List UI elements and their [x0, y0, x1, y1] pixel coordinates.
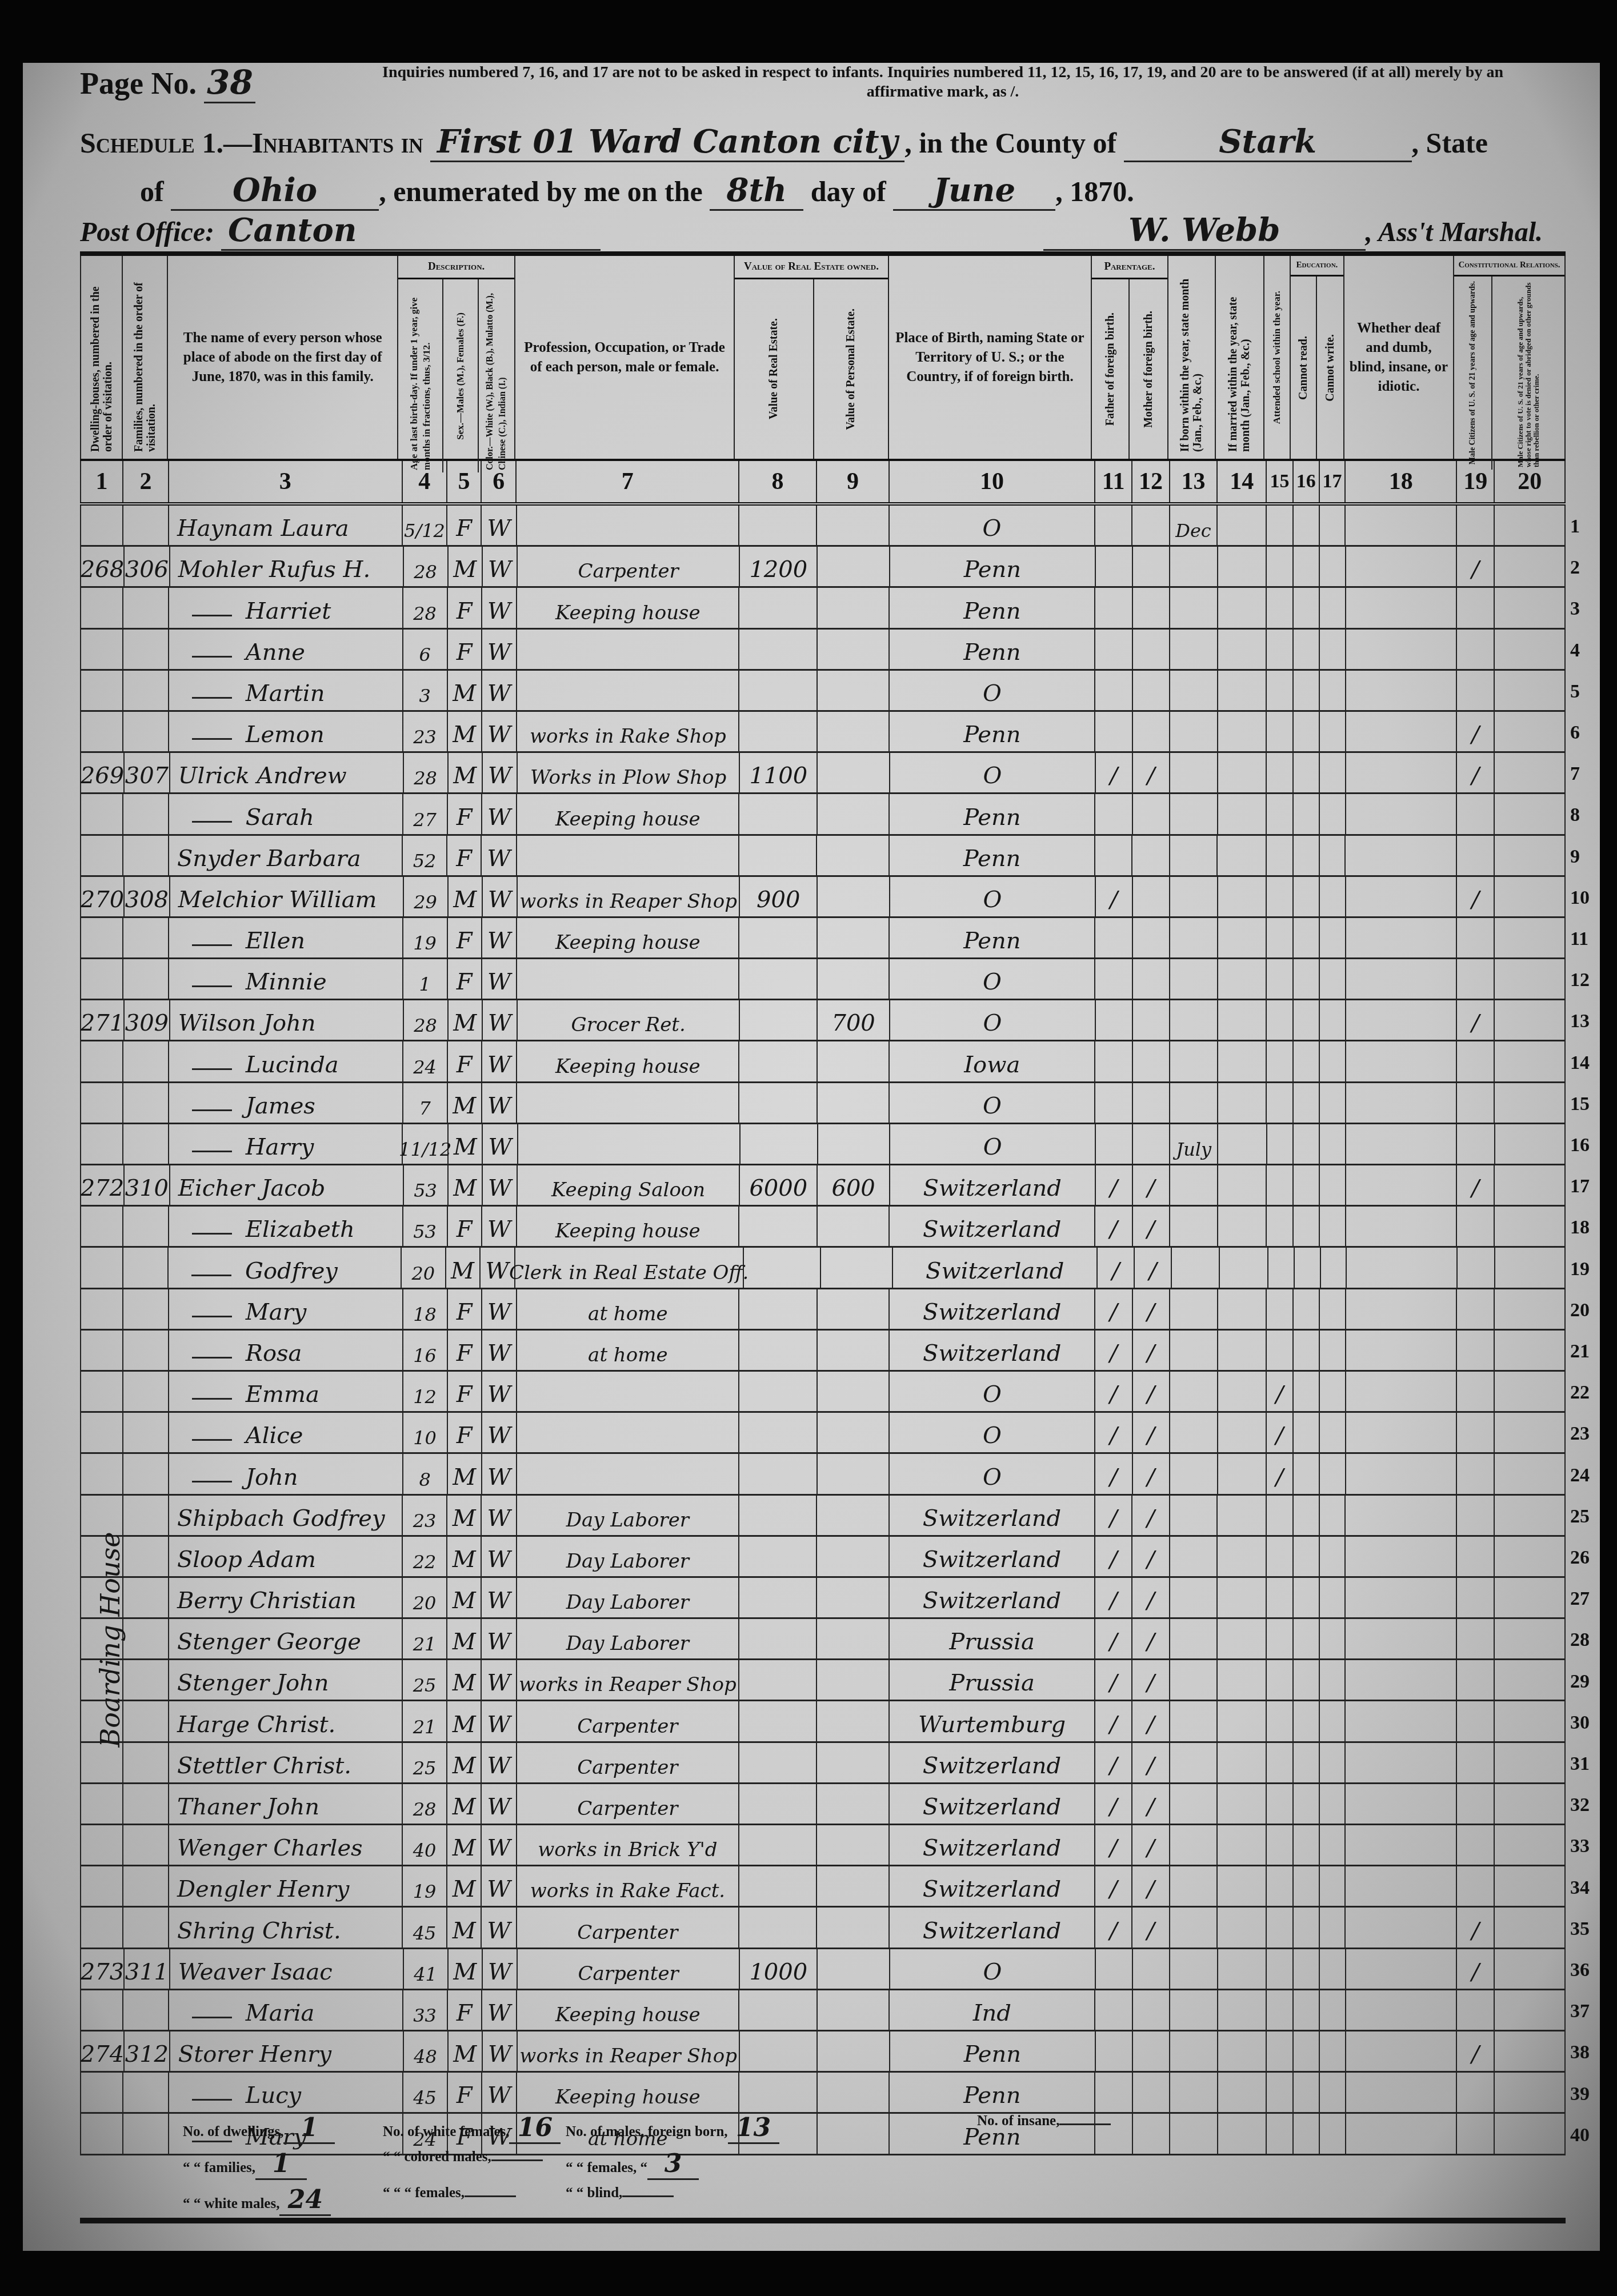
sex: M — [448, 712, 482, 751]
birthplace: Penn — [890, 2031, 1096, 2071]
sex-text: M — [453, 1464, 476, 1490]
vote-denied-mark — [1495, 959, 1566, 999]
person-name-text: Melchior William — [178, 887, 377, 913]
male-citizen-mark — [1457, 1041, 1495, 1081]
day-field: 8th — [710, 171, 803, 211]
birthplace-text: O — [983, 1423, 1002, 1449]
person-name-text: Wilson John — [178, 1010, 316, 1036]
family-number-text: 309 — [125, 1010, 169, 1036]
occupation: works in Reaper Shop — [517, 1660, 739, 1700]
mother-foreign-mark: / — [1132, 1866, 1170, 1906]
age-text: 53 — [414, 1180, 437, 1201]
birthplace-text: Switzerland — [923, 1753, 1061, 1779]
birthplace-text: O — [983, 1464, 1002, 1490]
age: 28 — [404, 1000, 449, 1040]
col-header-male-citizens: Male Citizens of U. S. of 21 years of ag… — [1454, 277, 1492, 470]
disability — [1346, 1660, 1457, 1700]
disability — [1346, 1289, 1458, 1329]
born-month — [1170, 1537, 1218, 1576]
male-citizen-mark — [1457, 1289, 1495, 1329]
color: W — [482, 1825, 517, 1865]
school-mark — [1267, 1578, 1294, 1617]
page-number-label: Page No. — [80, 66, 197, 101]
colored-males-value — [491, 2159, 543, 2161]
mother-foreign-mark: / — [1132, 1825, 1170, 1865]
school-mark — [1267, 1784, 1294, 1824]
real-estate-value — [739, 1619, 817, 1658]
line-number: 1 — [1570, 516, 1604, 538]
occupation: Day Laborer — [517, 1537, 739, 1576]
married-month — [1218, 1784, 1267, 1824]
sex-text: M — [453, 1794, 476, 1820]
married-month — [1218, 1413, 1267, 1452]
sex: F — [447, 506, 482, 545]
father-foreign-mark-text: / — [1110, 1712, 1117, 1738]
birthplace: Penn — [890, 712, 1095, 751]
color-text: W — [487, 1876, 510, 1902]
family-number-text: 306 — [125, 556, 169, 583]
personal-estate-value — [818, 1289, 890, 1329]
line-number: 30 — [1570, 1712, 1604, 1734]
disability — [1346, 1701, 1457, 1741]
cannot-write-mark — [1320, 630, 1346, 669]
birthplace-text: Penn — [964, 556, 1021, 583]
married-month — [1218, 1660, 1267, 1700]
col-group-parentage: Parentage. Father of foreign birth. Moth… — [1092, 256, 1168, 459]
sex: M — [449, 1124, 483, 1164]
born-month — [1170, 630, 1218, 669]
col-num: 7 — [517, 461, 739, 502]
dwelling-number: 271 — [80, 1000, 125, 1040]
birthplace-text: O — [983, 969, 1002, 995]
sex: F — [448, 630, 482, 669]
disability — [1346, 1331, 1458, 1370]
born-month — [1170, 1619, 1218, 1658]
person-name-text: Harriet — [246, 598, 331, 624]
sex: M — [449, 1165, 483, 1205]
col-num: 3 — [169, 461, 403, 502]
sex: M — [447, 1784, 482, 1824]
mother-foreign-mark — [1133, 1041, 1170, 1081]
vote-denied-mark — [1495, 1743, 1566, 1782]
sex-text: M — [453, 1670, 476, 1696]
married-month — [1218, 1537, 1267, 1576]
age: 11/12 — [403, 1124, 449, 1164]
foreign-males-value: 13 — [728, 2113, 779, 2144]
occupation: Carpenter — [517, 1743, 739, 1782]
dwelling-number — [80, 1331, 123, 1370]
married-month — [1218, 1124, 1267, 1164]
line-number: 8 — [1570, 804, 1604, 826]
father-foreign-mark — [1095, 671, 1132, 710]
cannot-read-mark — [1294, 1041, 1320, 1081]
mother-foreign-mark-text: / — [1147, 1794, 1154, 1820]
age-text: 7 — [419, 1097, 430, 1119]
line-number: 39 — [1570, 2083, 1604, 2105]
table-row: Dengler Henry19MWworks in Rake Fact.Swit… — [80, 1866, 1566, 1908]
father-foreign-mark — [1096, 2031, 1133, 2071]
age-text: 28 — [414, 1015, 437, 1036]
description-group-title: Description. — [398, 256, 514, 279]
personal-estate-value — [818, 1413, 890, 1452]
birthplace: Switzerland — [890, 1743, 1095, 1782]
color-text: W — [487, 1835, 510, 1861]
male-citizen-mark — [1457, 1454, 1495, 1493]
age-text: 52 — [413, 850, 437, 872]
real-estate-value — [739, 1372, 817, 1411]
born-month — [1170, 1701, 1218, 1741]
family-number — [123, 836, 169, 875]
sex: F — [448, 1990, 482, 2030]
blind-value — [622, 2195, 674, 2197]
father-foreign-mark — [1096, 547, 1133, 586]
line-number: 5 — [1570, 681, 1604, 703]
color-text: W — [487, 1753, 510, 1779]
birthplace: O — [890, 959, 1095, 999]
father-foreign-mark — [1095, 1041, 1132, 1081]
mother-foreign-mark-text: / — [1147, 1753, 1154, 1779]
male-citizen-mark: / — [1457, 712, 1495, 751]
color-text: W — [487, 1299, 511, 1325]
family-number — [123, 1372, 169, 1411]
sex-text: M — [453, 680, 476, 707]
age: 21 — [403, 1619, 447, 1658]
mother-foreign-mark — [1133, 1124, 1170, 1164]
person-name-text: Sarah — [246, 804, 314, 831]
dwellings-value: 1 — [283, 2113, 335, 2144]
school-mark — [1267, 1041, 1294, 1081]
color: W — [482, 1619, 517, 1658]
sex: F — [448, 1372, 482, 1411]
line-number: 23 — [1570, 1423, 1604, 1445]
personal-estate-value: 700 — [818, 1000, 890, 1040]
person-name-text: Sloop Adam — [177, 1546, 316, 1573]
school-mark — [1267, 753, 1294, 792]
month-field: June — [893, 171, 1055, 211]
color-text: W — [487, 722, 511, 748]
family-number-text: 310 — [125, 1175, 169, 1201]
person-name-text: Lucinda — [246, 1052, 339, 1078]
line-number: 28 — [1570, 1629, 1604, 1651]
occupation-text: at home — [588, 1344, 667, 1367]
sex: M — [447, 1619, 482, 1658]
father-foreign-mark — [1095, 1990, 1132, 2030]
color-text: W — [487, 846, 510, 872]
male-citizen-mark — [1457, 1660, 1495, 1700]
married-month — [1218, 630, 1267, 669]
male-citizen-mark: / — [1457, 753, 1495, 792]
col-header-name: The name of every person whose place of … — [168, 256, 398, 459]
occupation: Keeping house — [517, 588, 739, 627]
margin-note: Boarding House — [85, 1462, 136, 1817]
boarding-house-note: Boarding House — [95, 1532, 126, 1747]
ditto-dash — [192, 1151, 232, 1152]
school-mark — [1267, 1537, 1294, 1576]
married-month — [1218, 1496, 1267, 1535]
father-foreign-mark-text: / — [1110, 1918, 1117, 1944]
ditto-dash — [192, 1316, 232, 1317]
disability — [1346, 1619, 1457, 1658]
disability — [1346, 1496, 1457, 1535]
occupation: Grocer Ret. — [518, 1000, 740, 1040]
real-estate-value: 900 — [740, 877, 818, 916]
color: W — [482, 630, 517, 669]
vote-denied-mark — [1495, 836, 1566, 875]
occupation: works in Rake Shop — [517, 712, 739, 751]
male-citizen-mark-text: / — [1472, 2041, 1479, 2067]
father-foreign-mark-text: / — [1110, 1505, 1117, 1532]
disability — [1346, 1413, 1458, 1452]
post-office-field: Canton — [221, 211, 601, 251]
mother-foreign-mark-text: / — [1147, 1588, 1154, 1614]
color-text: W — [487, 1670, 510, 1696]
married-month — [1218, 712, 1267, 751]
sex-text: M — [453, 1753, 476, 1779]
birthplace: O — [890, 1083, 1095, 1123]
color-text: W — [487, 639, 511, 666]
person-name: Lemon — [169, 712, 403, 751]
vote-denied-mark — [1495, 1083, 1566, 1123]
father-foreign-mark: / — [1095, 1701, 1132, 1741]
schedule-line: Schedule 1.—Inhabitants in First 01 Ward… — [80, 123, 1488, 162]
table-row: 269307Ulrick Andrew28MWWorks in Plow Sho… — [80, 753, 1566, 794]
married-month — [1218, 1908, 1267, 1947]
birthplace-text: O — [983, 887, 1002, 913]
line-number: 16 — [1570, 1135, 1604, 1156]
real-estate-value — [739, 1537, 817, 1576]
mother-foreign-mark — [1133, 2031, 1170, 2071]
ditto-dash — [192, 1109, 232, 1111]
born-month — [1170, 753, 1218, 792]
person-name-text: Stenger John — [177, 1670, 329, 1696]
father-foreign-mark-text: / — [1110, 1794, 1117, 1820]
person-name-text: Anne — [246, 639, 305, 666]
birthplace: O — [890, 1413, 1095, 1452]
sex: F — [448, 1207, 482, 1246]
cannot-read-mark — [1294, 1083, 1320, 1123]
male-citizen-mark — [1458, 1248, 1495, 1287]
person-name: Mary — [169, 1289, 403, 1329]
age-text: 53 — [413, 1221, 437, 1243]
person-name: Stettler Christ. — [169, 1743, 403, 1782]
col-header-birthplace: Place of Birth, naming State or Territor… — [889, 256, 1092, 459]
age-text: 12 — [413, 1386, 437, 1408]
dwelling-number — [80, 1372, 123, 1411]
disability — [1346, 1908, 1457, 1947]
male-citizen-mark-text: / — [1472, 1918, 1479, 1944]
father-foreign-mark — [1095, 794, 1132, 834]
personal-estate-value — [818, 547, 890, 586]
married-month — [1218, 1990, 1267, 2030]
occupation: Keeping house — [517, 1207, 739, 1246]
person-name: Thaner John — [169, 1784, 403, 1824]
birthplace: Penn — [890, 588, 1095, 627]
father-foreign-mark — [1095, 712, 1132, 751]
sex-text: F — [457, 2082, 473, 2109]
dwellings-label: No. of dwellings, — [183, 2124, 283, 2139]
real-estate-value — [739, 1660, 817, 1700]
family-number — [123, 918, 169, 957]
born-month — [1170, 1083, 1218, 1123]
birthplace: O — [890, 671, 1095, 710]
married-month — [1218, 918, 1267, 957]
born-month — [1170, 1289, 1218, 1329]
disability — [1346, 1207, 1458, 1246]
col-group-value: Value of Real Estate owned. Value of Rea… — [735, 256, 889, 459]
cannot-read-mark — [1294, 1289, 1320, 1329]
ditto-dash — [191, 1275, 231, 1276]
personal-estate-value — [817, 1537, 890, 1576]
color-text: W — [488, 887, 511, 913]
real-estate-value — [739, 1207, 817, 1246]
family-number — [123, 1825, 169, 1865]
col-header-school: Attended school within the year. — [1264, 256, 1291, 459]
male-citizen-mark — [1457, 1496, 1495, 1535]
school-mark-text: / — [1276, 1464, 1283, 1490]
county-label: , in the County of — [904, 127, 1116, 159]
disability — [1347, 1248, 1458, 1287]
mother-foreign-mark — [1133, 547, 1170, 586]
table-row: Elizabeth53FWKeeping houseSwitzerland// — [80, 1207, 1566, 1248]
color: W — [483, 877, 518, 916]
born-month — [1170, 588, 1218, 627]
disability — [1346, 712, 1458, 751]
birthplace: Switzerland — [890, 1578, 1095, 1617]
school-mark — [1267, 1701, 1294, 1741]
father-foreign-mark: / — [1095, 1537, 1132, 1576]
married-month — [1218, 588, 1267, 627]
born-month: July — [1170, 1124, 1218, 1164]
father-foreign-mark: / — [1095, 1372, 1132, 1411]
family-number — [123, 1041, 169, 1081]
cannot-write-mark — [1320, 959, 1346, 999]
person-name-text: Ellen — [246, 928, 305, 954]
cannot-write-mark — [1320, 1207, 1346, 1246]
born-month — [1170, 1784, 1218, 1824]
father-foreign-mark: / — [1095, 1578, 1132, 1617]
married-month — [1218, 1743, 1267, 1782]
occupation-text: works in Rake Shop — [530, 725, 726, 748]
table-row: Shring Christ.45MWCarpenterSwitzerland//… — [80, 1908, 1566, 1949]
occupation: Carpenter — [517, 1701, 739, 1741]
table-row: John8MWO/// — [80, 1454, 1566, 1495]
father-foreign-mark: / — [1095, 1207, 1132, 1246]
born-month — [1170, 1743, 1218, 1782]
occupation-text: Keeping house — [555, 931, 701, 954]
vote-denied-mark — [1495, 918, 1566, 957]
sex-text: M — [451, 1258, 474, 1284]
cannot-write-mark — [1320, 506, 1346, 545]
married-month — [1218, 1000, 1267, 1040]
person-name: Melchior William — [170, 877, 404, 916]
school-mark — [1267, 959, 1294, 999]
cannot-read-mark — [1294, 1825, 1320, 1865]
table-row: 270308Melchior William29MWworks in Reape… — [80, 877, 1566, 918]
color: W — [483, 1124, 518, 1164]
cannot-read-mark — [1294, 1372, 1320, 1411]
cannot-write-mark — [1320, 1660, 1346, 1700]
vote-denied-mark — [1495, 671, 1566, 710]
birthplace-text: Switzerland — [923, 1588, 1061, 1614]
vote-denied-mark — [1495, 1701, 1566, 1741]
col-header-personal-estate: Value of Personal Estate. — [814, 279, 888, 459]
col-num: 11 — [1095, 461, 1132, 502]
male-citizen-mark — [1457, 1537, 1495, 1576]
cannot-read-mark — [1294, 2031, 1320, 2071]
male-citizen-mark — [1457, 1331, 1495, 1370]
person-name: Anne — [169, 630, 403, 669]
dwelling-number-text: 271 — [81, 1010, 124, 1036]
col-num: 2 — [123, 461, 169, 502]
mother-foreign-mark-text: / — [1147, 1423, 1154, 1449]
table-row: Harriet28FWKeeping housePenn — [80, 588, 1566, 629]
person-name-text: Dengler Henry — [177, 1876, 349, 1902]
mother-foreign-mark: / — [1132, 1908, 1170, 1947]
personal-estate-value — [818, 588, 890, 627]
born-month — [1170, 1660, 1218, 1700]
dwelling-number: 274 — [80, 2031, 125, 2071]
mother-foreign-mark-text: / — [1147, 1876, 1154, 1902]
mother-foreign-mark — [1133, 671, 1170, 710]
sex-text: M — [453, 1712, 476, 1738]
line-number: 9 — [1570, 846, 1604, 868]
vote-denied-mark — [1495, 712, 1566, 751]
col-header-born-month: If born within the year, state month (Ja… — [1168, 256, 1216, 459]
sex: F — [448, 1289, 482, 1329]
father-foreign-mark: / — [1095, 1619, 1132, 1658]
mother-foreign-mark: / — [1133, 1413, 1170, 1452]
col-header-married-month: If married within the year, state month … — [1216, 256, 1264, 459]
occupation-text: Day Laborer — [566, 1591, 689, 1614]
disability — [1346, 959, 1458, 999]
married-month — [1218, 877, 1267, 916]
male-citizen-mark: / — [1457, 1908, 1495, 1947]
person-name: Emma — [169, 1372, 403, 1411]
table-row: Emma12FWO/// — [80, 1372, 1566, 1413]
male-citizen-mark — [1457, 1701, 1495, 1741]
age-text: 25 — [413, 1757, 437, 1779]
col-num: 18 — [1346, 461, 1457, 502]
real-estate-value — [739, 712, 817, 751]
col-header-cannot-write: Cannot write. — [1317, 277, 1343, 459]
cannot-read-mark — [1294, 918, 1320, 957]
dwelling-number: 269 — [80, 753, 125, 792]
ditto-dash — [192, 615, 232, 616]
vote-denied-mark — [1495, 2031, 1566, 2071]
father-foreign-mark — [1095, 1083, 1132, 1123]
male-citizen-mark: / — [1457, 1165, 1495, 1205]
born-month: Dec — [1170, 506, 1218, 545]
person-name-text: Lucy — [246, 2082, 301, 2109]
age: 23 — [403, 712, 448, 751]
school-mark — [1267, 1496, 1294, 1535]
mother-foreign-mark-text: / — [1147, 1175, 1155, 1201]
age: 5/12 — [403, 506, 447, 545]
person-name-text: Rosa — [246, 1340, 302, 1367]
sex-text: F — [457, 1340, 473, 1367]
birthplace: O — [890, 1454, 1095, 1493]
dwelling-number — [80, 1825, 123, 1865]
color: W — [482, 1537, 517, 1576]
age: 28 — [403, 1784, 447, 1824]
male-citizen-mark-text: / — [1472, 722, 1479, 748]
cannot-read-mark — [1294, 959, 1320, 999]
mother-foreign-mark: / — [1132, 1496, 1170, 1535]
personal-estate-value — [817, 1701, 890, 1741]
line-number: 12 — [1570, 969, 1604, 991]
married-month — [1218, 794, 1267, 834]
line-number: 10 — [1570, 887, 1604, 909]
